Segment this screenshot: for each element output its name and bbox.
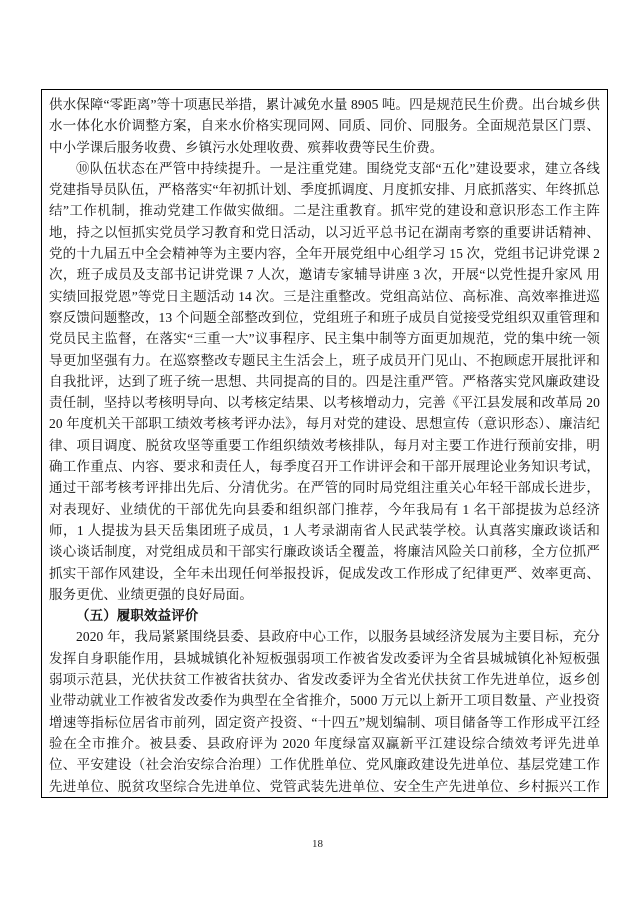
document-table-cell: 供水保障“零距离”等十项惠民举措，累计减免水量 8905 吨。四是规范民生价费。… (41, 89, 608, 798)
document-paragraph: ⑩队伍状态在严管中持续提升。一是注重党建。围绕党支部“五化”建设要求，建立各线党… (49, 158, 600, 605)
document-paragraph: （五）履职效益评价 (49, 605, 600, 626)
document-page: 供水保障“零距离”等十项惠民举措，累计减免水量 8905 吨。四是规范民生价费。… (0, 0, 635, 898)
document-paragraph: 2020 年，我局紧紧围绕县委、县政府中心工作，以服务县域经济发展为主要目标，充… (49, 626, 600, 798)
page-number: 18 (0, 838, 635, 850)
document-paragraph: 供水保障“零距离”等十项惠民举措，累计减免水量 8905 吨。四是规范民生价费。… (49, 94, 600, 158)
